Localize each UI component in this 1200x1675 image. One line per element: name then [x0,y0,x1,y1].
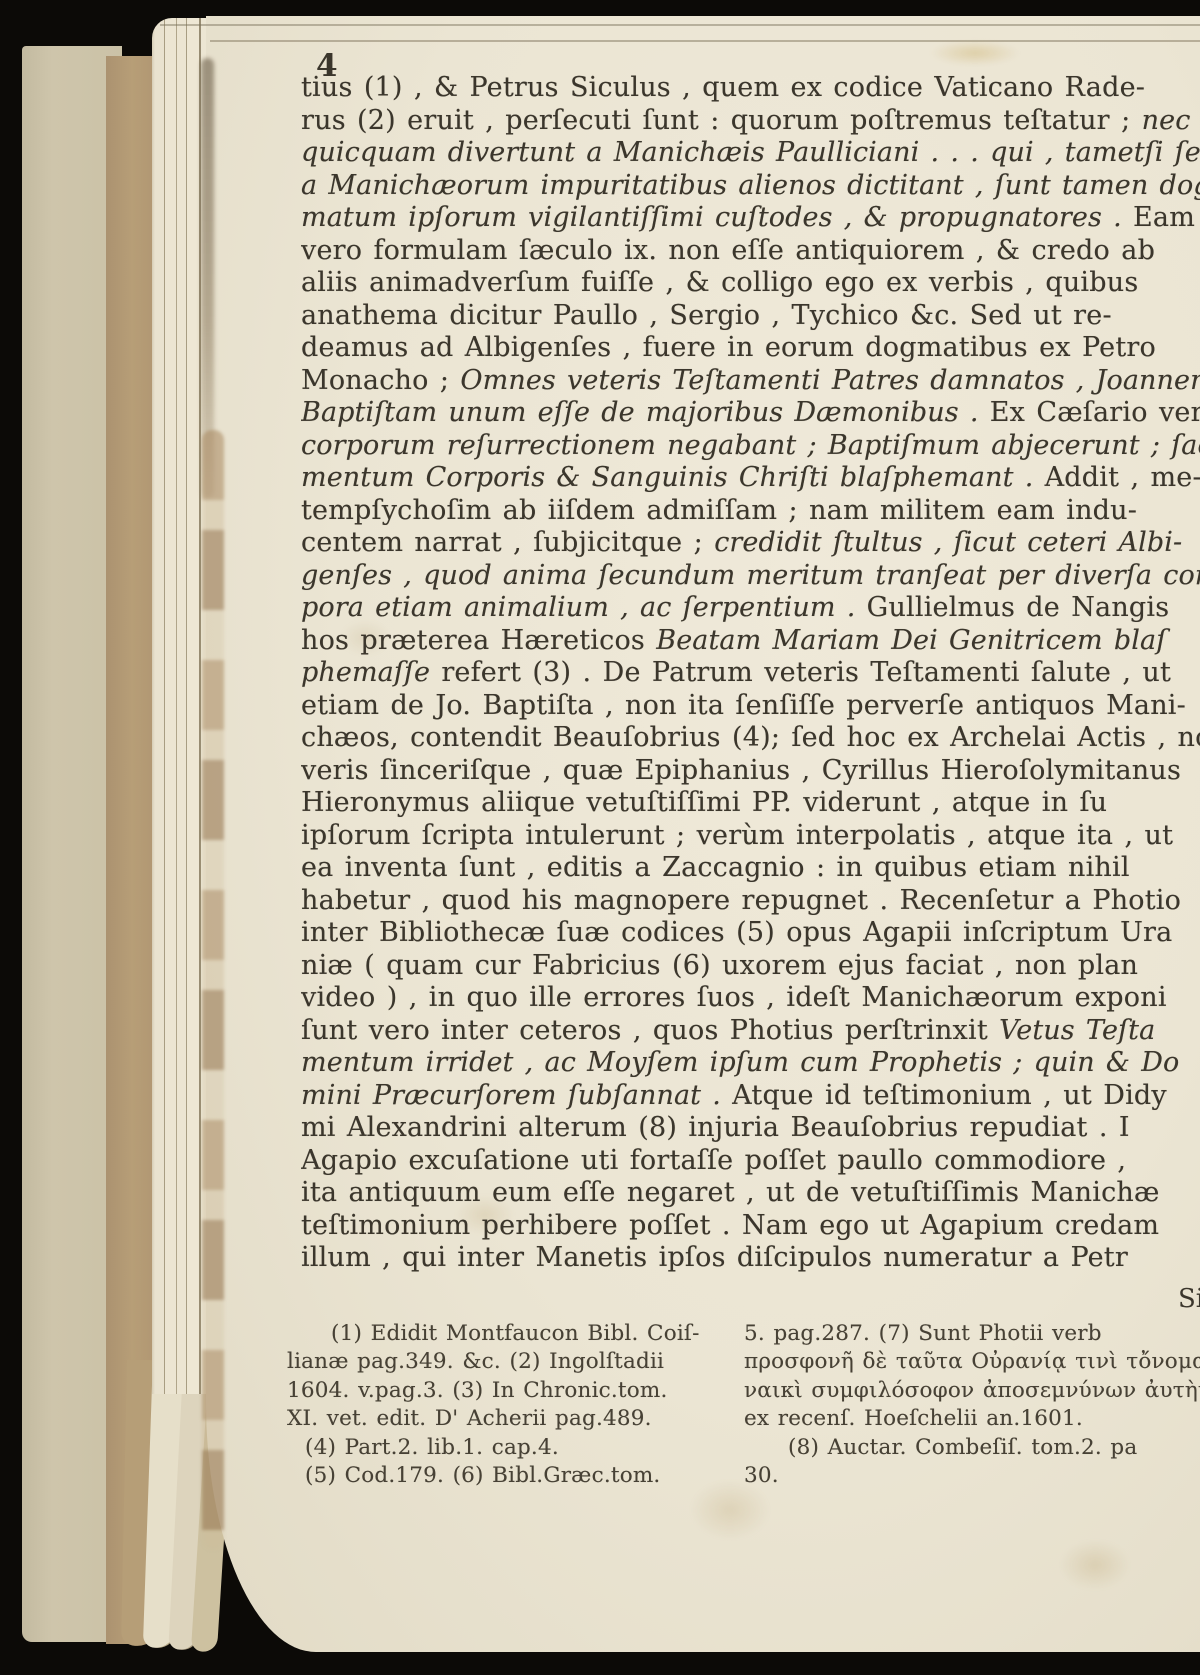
text-line: centem narrat , ſubjicitque ; credidit ſ… [301,527,1200,560]
footnote-line: XI. vet. edit. D' Acherii pag.489. [287,1405,739,1433]
text-line: ſunt vero inter ceteros , quos Photius p… [301,1015,1200,1048]
text-line: anathema dicitur Paullo , Sergio , Tychi… [301,300,1200,333]
text-line: pora etiam animalium , ac ſerpentium . G… [301,592,1200,625]
text-line: mi Alexandrini alterum (8) injuria Beauſ… [301,1112,1200,1145]
text-line: teſtimonium perhibere poſſet . Nam ego u… [301,1210,1200,1243]
footnote-line: ex recenſ. Hoeſchelii an.1601. [744,1405,1200,1433]
footnote-line: προσφονῆ δὲ ταῦτα Οὐρανίᾳ τινὶ τὄνομα γυ [744,1348,1200,1376]
text-line: aliis animadverſum fuiſſe , & colligo eg… [301,267,1200,300]
footnote-line: 1604. v.pag.3. (3) In Chronic.tom. [287,1377,739,1405]
text-line: tempſychoſim ab iiſdem admiſſam ; nam mi… [301,495,1200,528]
text-line: video ) , in quo ille errores ſuos , ide… [301,982,1200,1015]
footnotes-left-column: (1) Edidit Montfaucon Bibl. Coiſ-lianæ p… [287,1320,739,1500]
footnote-line: lianæ pag.349. &c. (2) Ingolſtadii [287,1348,739,1376]
page-top-edge-line [210,40,1200,42]
text-line: niæ ( quam cur Fabricius (6) uxorem ejus… [301,950,1200,983]
text-line: Agapio excuſatione uti fortaſſe poſſet p… [301,1145,1200,1178]
main-text: tius (1) , & Petrus Siculus , quem ex co… [301,72,1200,1292]
text-line: Baptiſtam unum eſſe de majoribus Dæmonib… [301,397,1200,430]
text-line: ipſorum ſcripta intulerunt ; verùm inter… [301,820,1200,853]
foxing-stain [930,40,1020,66]
footnote-line: (5) Cod.179. (6) Bibl.Græc.tom. [287,1462,739,1490]
text-line: ea inventa ſunt , editis a Zaccagnio : i… [301,852,1200,885]
text-line: deamus ad Albigenſes , fuere in eorum do… [301,332,1200,365]
text-line: phemaſſe refert (3) . De Patrum veteris … [301,657,1200,690]
text-line: mini Præcurſorem ſubſannat . Atque id te… [301,1080,1200,1113]
text-line: quicquam divertunt a Manichæis Paullicia… [301,137,1200,170]
footnote-line: ναικὶ συμφιλόσοφον ἀποσεμνύνων ἀυτὴν p.2… [744,1377,1200,1405]
text-line: mentum irridet , ac Moyſem ipſum cum Pro… [301,1047,1200,1080]
text-line: genſes , quod anima ſecundum meritum tra… [301,560,1200,593]
text-line: a Manichæorum impuritatibus alienos dict… [301,170,1200,203]
text-line: Hieronymus aliique vetuſtiſſimi PP. vide… [301,787,1200,820]
gutter-stain [202,430,224,1550]
text-line: vero formulam ſæculo ix. non eſſe antiqu… [301,235,1200,268]
text-line: mentum Corporis & Sanguinis Chriſti blaſ… [301,462,1200,495]
text-line: tius (1) , & Petrus Siculus , quem ex co… [301,72,1200,105]
text-line: habetur , quod his magnopere repugnet . … [301,885,1200,918]
text-line: etiam de Jo. Baptiſta , non ita ſenſiſſe… [301,690,1200,723]
footnote-line: 5. pag.287. (7) Sunt Photii verb [744,1320,1200,1348]
text-line: illum , qui inter Manetis ipſos diſcipul… [301,1242,1200,1275]
page-top-edge-line [160,24,1200,26]
footnote-line: 30. [744,1462,1200,1490]
text-line: hos præterea Hæreticos Beatam Mariam Dei… [301,625,1200,658]
text-line: matum ipſorum vigilantiſſimi cuſtodes , … [301,202,1200,235]
scan-canvas: { "page": { "number": "4", "catchword": … [0,0,1200,1675]
footnotes-right-column: 5. pag.287. (7) Sunt Photii verbπροσφονῆ… [744,1320,1200,1500]
text-line: rus (2) eruit , perſecuti ſunt : quorum … [301,105,1200,138]
text-line: chæos, contendit Beauſobrius (4); ſed ho… [301,722,1200,755]
text-line: inter Bibliothecæ ſuæ codices (5) opus A… [301,917,1200,950]
foxing-stain [1060,1540,1130,1590]
text-line: corporum reſurrectionem negabant ; Bapti… [301,430,1200,463]
text-line: ita antiquum eum eſſe negaret , ut de ve… [301,1177,1200,1210]
text-line: veris ſinceriſque , quæ Epiphanius , Cyr… [301,755,1200,788]
catchword: Sic [1178,1284,1200,1314]
footnote-line: (8) Auctar. Combeſiſ. tom.2. pa [744,1434,1200,1462]
text-line: Monacho ; Omnes veteris Teſtamenti Patre… [301,365,1200,398]
footnote-line: (1) Edidit Montfaucon Bibl. Coiſ- [287,1320,739,1348]
footnote-line: (4) Part.2. lib.1. cap.4. [287,1434,739,1462]
